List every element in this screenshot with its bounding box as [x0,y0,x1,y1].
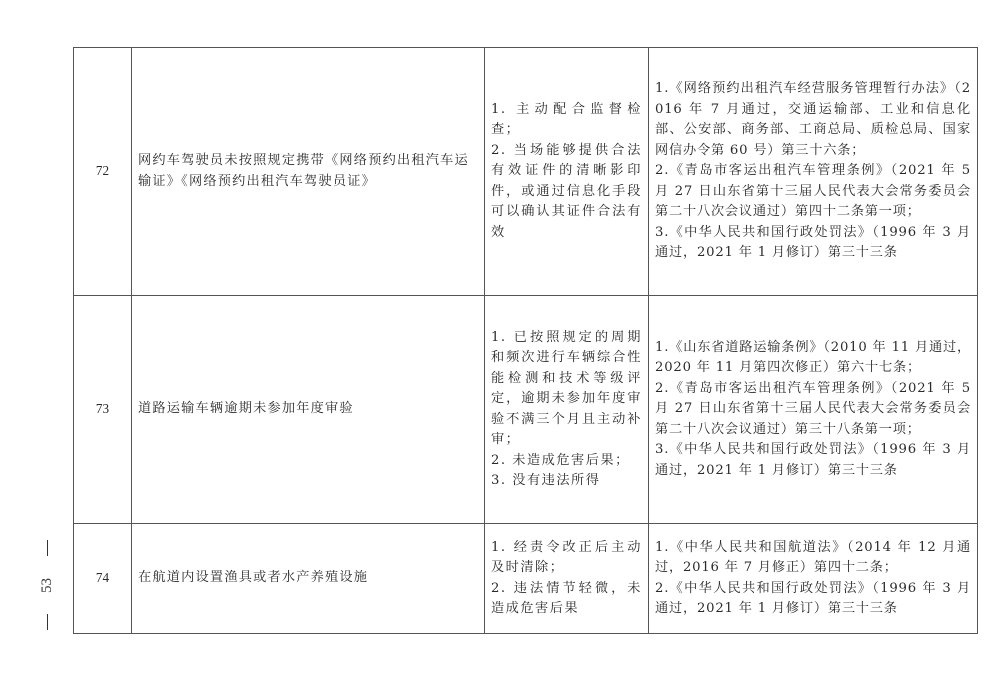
exemption-conditions: 1. 经责令改正后主动及时清除； 2. 违法情节轻微，未造成危害后果 [485,524,649,634]
table-row: 73 道路运输车辆逾期未参加年度审验 1. 已按照规定的周期和频次进行车辆综合性… [74,296,978,524]
exemption-conditions: 1. 已按照规定的周期和频次进行车辆综合性能检测和技术等级评定，逾期未参加年度审… [485,296,649,524]
basis-line: 2.《青岛市客运出租汽车管理条例》（2021 年 5 月 27 日山东省第十三届… [655,379,971,441]
legal-basis: 1.《中华人民共和国航道法》（2014 年 12 月通过，2016 年 7 月修… [649,524,978,634]
basis-line: 3.《中华人民共和国行政处罚法》（1996 年 3 月通过，2021 年 1 月… [655,440,971,481]
condition-line: 2. 未造成危害后果； [491,451,642,472]
violation-item: 网约车驾驶员未按照规定携带《网络预约出租汽车运输证》《网络预约出租汽车驾驶员证》 [132,48,485,296]
table-row: 72 网约车驾驶员未按照规定携带《网络预约出租汽车运输证》《网络预约出租汽车驾驶… [74,48,978,296]
row-number: 74 [74,524,132,634]
basis-line: 2.《青岛市客运出租汽车管理条例》（2021 年 5 月 27 日山东省第十三届… [655,161,971,223]
penalty-exemption-table: 72 网约车驾驶员未按照规定携带《网络预约出租汽车运输证》《网络预约出租汽车驾驶… [73,47,978,634]
condition-line: 2. 违法情节轻微，未造成危害后果 [491,579,642,620]
legal-basis: 1.《网络预约出租汽车经营服务管理暂行办法》（2016 年 7 月通过，交通运输… [649,48,978,296]
basis-line: 1.《山东省道路运输条例》（2010 年 11 月通过，2020 年 11 月第… [655,338,971,379]
basis-line: 1.《中华人民共和国航道法》（2014 年 12 月通过，2016 年 7 月修… [655,538,971,579]
row-number: 72 [74,48,132,296]
basis-line: 2.《中华人民共和国行政处罚法》（1996 年 3 月通过，2021 年 1 月… [655,579,971,620]
violation-item: 在航道内设置渔具或者水产养殖设施 [132,524,485,634]
row-number: 73 [74,296,132,524]
page-number: 53 [34,540,60,630]
page-number-dash-top [47,540,48,556]
condition-line: 3. 没有违法所得 [491,471,642,492]
table-row: 74 在航道内设置渔具或者水产养殖设施 1. 经责令改正后主动及时清除； 2. … [74,524,978,634]
basis-line: 3.《中华人民共和国行政处罚法》（1996 年 3 月通过，2021 年 1 月… [655,223,971,264]
basis-line: 1.《网络预约出租汽车经营服务管理暂行办法》（2016 年 7 月通过，交通运输… [655,79,971,161]
violation-item: 道路运输车辆逾期未参加年度审验 [132,296,485,524]
condition-line: 1. 经责令改正后主动及时清除； [491,538,642,579]
legal-basis: 1.《山东省道路运输条例》（2010 年 11 月通过，2020 年 11 月第… [649,296,978,524]
condition-line: 1. 已按照规定的周期和频次进行车辆综合性能检测和技术等级评定，逾期未参加年度审… [491,328,642,451]
exemption-conditions: 1. 主动配合监督检查； 2. 当场能够提供合法有效证件的清晰影印件，或通过信息… [485,48,649,296]
page-number-dash-bottom [47,614,48,630]
condition-line: 2. 当场能够提供合法有效证件的清晰影印件，或通过信息化手段可以确认其证件合法有… [491,141,642,244]
page-number-value: 53 [40,578,55,593]
condition-line: 1. 主动配合监督检查； [491,100,642,141]
